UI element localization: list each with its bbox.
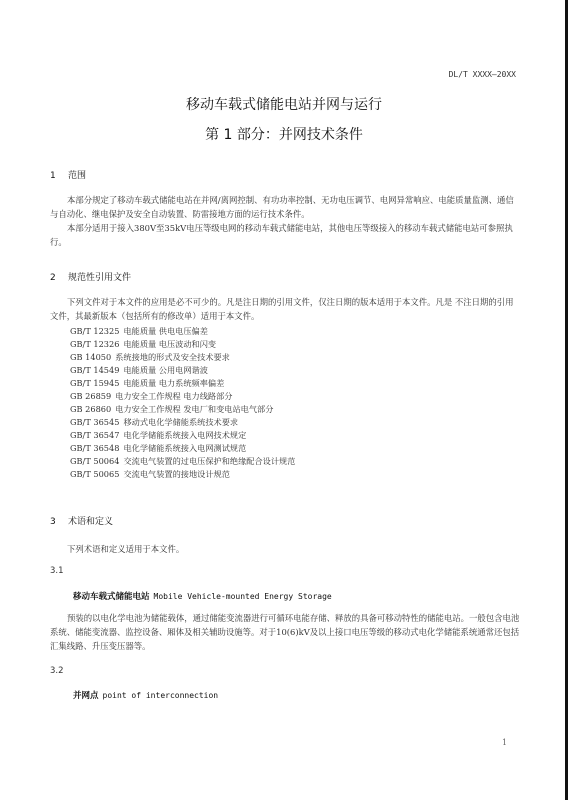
term-zh: 移动车载式储能电站	[73, 592, 150, 602]
reference-item: GB 26859电力安全工作规程 电力线路部分	[70, 390, 232, 403]
reference-item: GB/T 50064交流电气装置的过电压保护和绝缘配合设计规范	[70, 455, 295, 468]
paragraph: 本部分适用于接入380V至35kV电压等级电网的移动车载式储能电站，其他电压等级…	[50, 221, 520, 249]
page-number: 1	[502, 738, 507, 747]
reference-item: GB/T 15945电能质量 电力系统频率偏差	[70, 377, 224, 390]
reference-item: GB/T 36548电化学储能系统接入电网测试规范	[70, 442, 246, 455]
document-title: 移动车载式储能电站并网与运行	[0, 94, 568, 114]
standard-code: DL/T XXXX—20XX	[449, 70, 516, 79]
paragraph: 本部分规定了移动车载式储能电站在并网/离网控制、有功功率控制、无功电压调节、电网…	[50, 193, 520, 221]
reference-item: GB/T 36545移动式电化学储能系统技术要求	[70, 416, 238, 429]
term-entry: 并网点point of interconnection	[73, 689, 218, 701]
term-zh: 并网点	[73, 691, 99, 701]
paragraph: 下列文件对于本文件的应用是必不可少的。凡是注日期的引用文件，仅注日期的版本适用于…	[50, 295, 520, 323]
reference-item: GB 14050系统接地的形式及安全技术要求	[70, 351, 230, 364]
section-title: 规范性引用文件	[68, 273, 131, 283]
reference-item: GB/T 36547电化学储能系统接入电网技术规定	[70, 429, 246, 442]
term-en: Mobile Vehicle-mounted Energy Storage	[154, 592, 332, 601]
paragraph: 下列术语和定义适用于本文件。	[50, 542, 520, 556]
section-title: 范围	[68, 171, 86, 181]
section-heading-scope: 1范围	[50, 168, 86, 181]
section-number: 3	[50, 517, 68, 527]
reference-item: GB/T 12326电能质量 电压波动和闪变	[70, 338, 216, 351]
section-number: 2	[50, 273, 68, 283]
section-heading-normative-references: 2规范性引用文件	[50, 270, 131, 283]
reference-item: GB/T 12325电能质量 供电电压偏差	[70, 325, 208, 338]
section-number: 1	[50, 171, 68, 181]
reference-item: GB/T 14549电能质量 公用电网谐波	[70, 364, 208, 377]
document-subtitle: 第 1 部分：并网技术条件	[0, 124, 568, 144]
term-number: 3.2	[50, 666, 64, 676]
term-entry: 移动车载式储能电站Mobile Vehicle-mounted Energy S…	[73, 590, 332, 602]
section-heading-terms: 3术语和定义	[50, 514, 113, 527]
term-number: 3.1	[50, 566, 64, 576]
reference-item: GB 26860电力安全工作规程 发电厂和变电站电气部分	[70, 403, 273, 416]
term-definition: 预装的以电化学电池为储能载体，通过储能变流器进行可循环电能存储、释放的具备可移动…	[50, 611, 520, 653]
term-en: point of interconnection	[103, 691, 219, 700]
section-title: 术语和定义	[68, 517, 113, 527]
reference-item: GB/T 50065交流电气装置的接地设计规范	[70, 468, 230, 481]
